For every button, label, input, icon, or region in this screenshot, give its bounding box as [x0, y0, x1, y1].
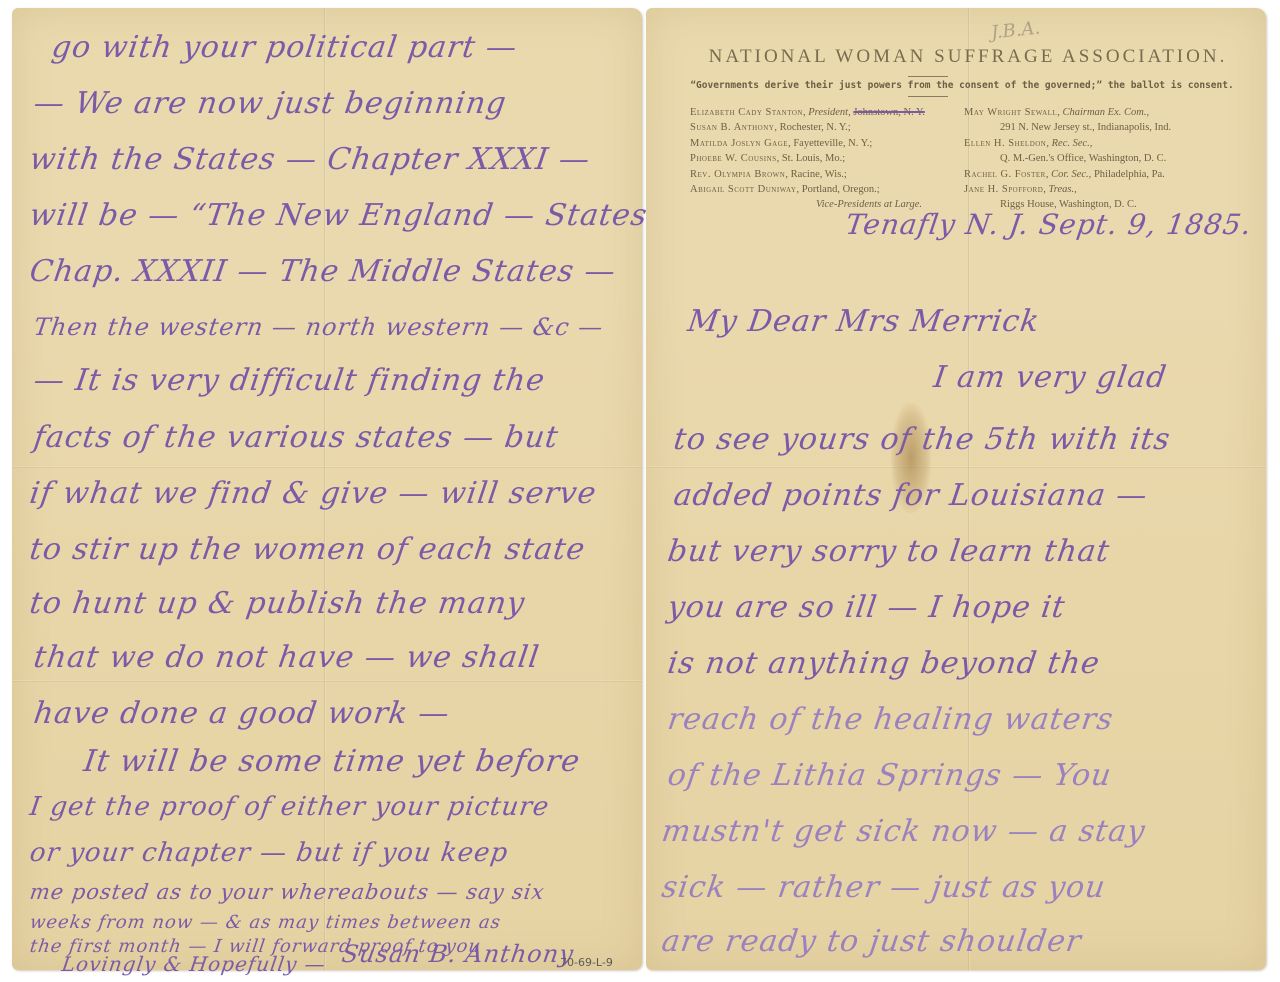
handwritten-line: go with your political part — — [50, 30, 520, 65]
handwritten-line: to stir up the women of each state — [28, 532, 588, 567]
organization-name: NATIONAL WOMAN SUFFRAGE ASSOCIATION. — [708, 46, 1228, 68]
handwritten-line: It will be some time yet before — [82, 744, 583, 779]
handwritten-line: — We are now just beginning — [32, 86, 509, 121]
officer-address: Q. M.-Gen.'s Office, Washington, D. C. — [964, 151, 1234, 166]
handwritten-line: have done a good work — — [32, 696, 453, 731]
fold-crease-horizontal — [12, 466, 642, 468]
handwritten-line: to hunt up & publish the many — [28, 586, 528, 621]
handwritten-line: facts of the various states — but — [32, 420, 561, 455]
handwritten-line: I am very glad — [932, 360, 1170, 395]
handwritten-line: mustn't get sick now — a stay — [660, 814, 1148, 849]
pencil-annotation: J.B.A. — [990, 17, 1041, 43]
officers-vice-presidents: Elizabeth Cady Stanton, President, Johns… — [690, 105, 970, 213]
officer-entry: Matilda Joslyn Gage, Fayetteville, N. Y.… — [690, 136, 970, 151]
divider — [908, 76, 948, 77]
handwritten-line: of the Lithia Springs — You — [666, 758, 1114, 793]
officer-entry: Jane H. Spofford, Treas., — [964, 182, 1234, 197]
handwritten-line: is not anything beyond the — [666, 646, 1103, 681]
archive-number: 70-69-L-9 — [560, 956, 613, 969]
letter-page-left: go with your political part — — We are n… — [12, 8, 642, 970]
signature: Susan B. Anthony — [340, 940, 576, 968]
handwritten-line: if what we find & give — will serve — [28, 476, 599, 511]
officer-entry: Susan B. Anthony, Rochester, N. Y.; — [690, 120, 970, 135]
officer-address: 291 N. New Jersey st., Indianapolis, Ind… — [964, 120, 1234, 135]
officer-entry: Rachel G. Foster, Cor. Sec., Philadelphi… — [964, 167, 1234, 182]
handwritten-line: are ready to just shoulder — [660, 924, 1084, 959]
motto: “Governments derive their just powers fr… — [682, 80, 1242, 91]
officer-entry: Rev. Olympia Brown, Racine, Wis.; — [690, 167, 970, 182]
officer-entry: Phoebe W. Cousins, St. Louis, Mo.; — [690, 151, 970, 166]
divider — [908, 96, 948, 97]
handwritten-line: Then the western — north western — &c — — [32, 313, 605, 341]
handwritten-line: me posted as to your whereabouts — say s… — [28, 880, 546, 904]
salutation: My Dear Mrs Merrick — [686, 304, 1042, 339]
officer-entry: May Wright Sewall, Chairman Ex. Com., — [964, 105, 1234, 120]
handwritten-line: that we do not have — we shall — [32, 640, 542, 675]
letter-page-right: J.B.A. NATIONAL WOMAN SUFFRAGE ASSOCIATI… — [646, 8, 1266, 970]
handwritten-line: added points for Louisiana — — [672, 478, 1150, 513]
handwritten-line: will be — “The New England — States”, — — [28, 198, 719, 233]
handwritten-line: with the States — Chapter XXXI — — [28, 142, 593, 177]
handwritten-line: sick — rather — just as you — [660, 870, 1108, 905]
handwritten-line: you are so ill — I hope it — [666, 590, 1068, 625]
handwritten-line: to see yours of the 5th with its — [672, 422, 1173, 457]
handwritten-line: or your chapter — but if you keep — [28, 838, 510, 868]
officer-entry: Ellen H. Sheldon, Rec. Sec., — [964, 136, 1234, 151]
handwritten-line: weeks from now — & as may times between … — [29, 912, 503, 933]
handwritten-line: — It is very difficult finding the — [32, 363, 548, 398]
officer-entry: Abigail Scott Duniway, Portland, Oregon.… — [690, 182, 970, 197]
closing: Lovingly & Hopefully — — [60, 952, 327, 976]
handwritten-line: reach of the healing waters — [666, 702, 1116, 737]
handwritten-line: I get the proof of either your picture — [28, 792, 551, 822]
handwritten-line: Chap. XXXII — The Middle States — — [28, 254, 619, 289]
handwritten-line: but very sorry to learn that — [666, 534, 1113, 569]
dateline: Tenafly N. J. Sept. 9, 1885. — [844, 208, 1254, 241]
officers-executive: May Wright Sewall, Chairman Ex. Com., 29… — [964, 105, 1234, 213]
officer-entry: Elizabeth Cady Stanton, President, Johns… — [690, 105, 970, 120]
fold-crease-horizontal — [646, 466, 1266, 468]
fold-crease-horizontal — [12, 680, 642, 682]
